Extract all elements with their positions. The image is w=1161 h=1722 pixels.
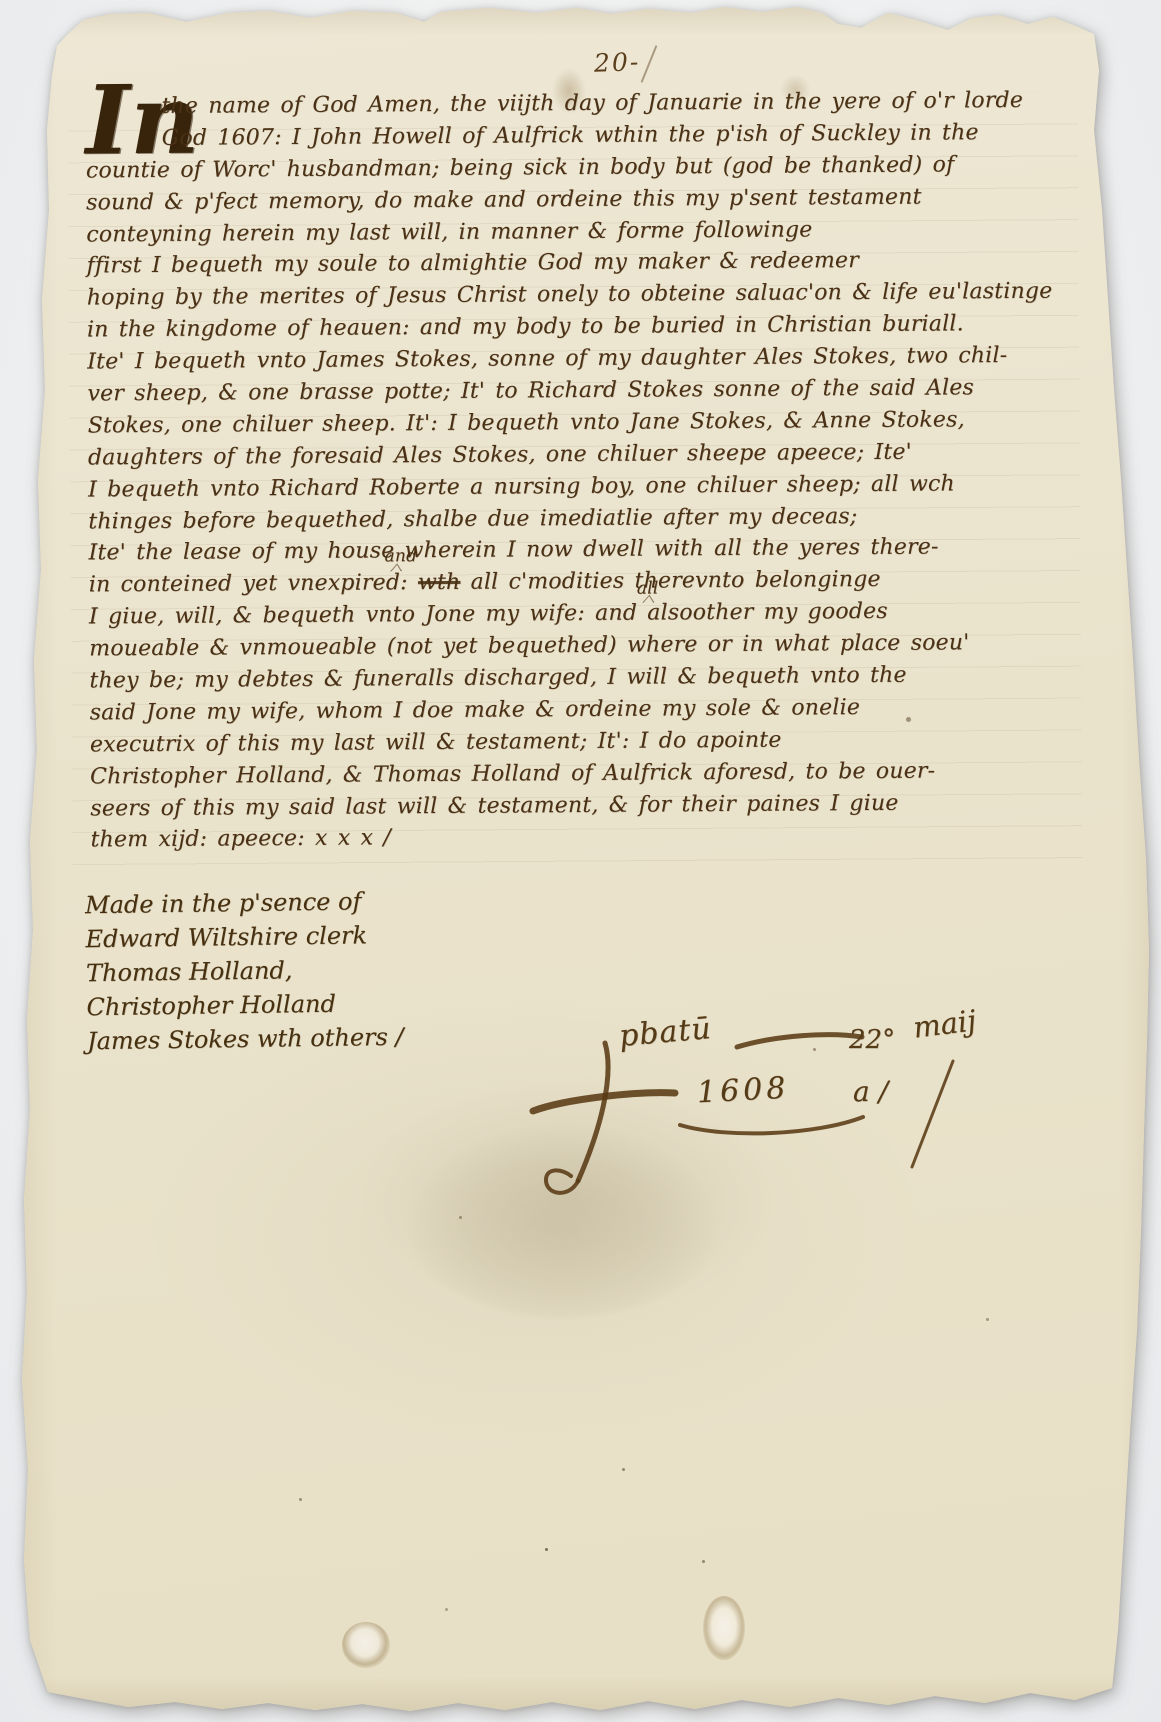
probate-year: 1608 — [696, 1071, 790, 1111]
witness-name: Christopher Holland — [86, 986, 403, 1024]
witness-name: Edward Wiltshire clerk — [85, 918, 402, 956]
line-part: in conteined yet vnexpired: — [89, 570, 418, 597]
document-photo: 20- In the name of God Amen, the viijth … — [0, 0, 1161, 1722]
witness-block: Made in the p'sence of Edward Wiltshire … — [85, 884, 404, 1058]
manuscript-line: Stokes, one chiluer sheep. It': I bequet… — [88, 403, 1073, 442]
struck-out-word: wth — [418, 570, 461, 595]
paper-hole — [342, 1622, 390, 1668]
ink-specks — [545, 1548, 548, 1551]
page-number-slash-mark — [641, 45, 658, 83]
witness-name: Thomas Holland, — [86, 952, 403, 990]
line-part: all c'modities therevnto belonginge — [460, 567, 881, 595]
paper-hole — [703, 1596, 745, 1660]
dropcap-initial: In — [85, 91, 161, 152]
manuscript-text: In the name of God Amen, the viijth day … — [85, 85, 1075, 857]
interlinear-insertion-and: and — [384, 541, 417, 573]
page-number: 20- — [594, 47, 641, 78]
interlinear-insertion-all: all — [637, 573, 659, 605]
witness-name: James Stokes wth others / — [87, 1020, 404, 1058]
probate-day: 22° — [849, 1025, 895, 1055]
paper-shadow-wrap: 20- In the name of God Amen, the viijth … — [0, 0, 1161, 1722]
probate-suffix-mark: a / — [853, 1075, 888, 1108]
manuscript-paper: 20- In the name of God Amen, the viijth … — [0, 0, 1161, 1722]
witness-heading: Made in the p'sence of — [85, 884, 402, 922]
probate-note: pbatū 22° maij 1608 a / — [515, 985, 1035, 1205]
